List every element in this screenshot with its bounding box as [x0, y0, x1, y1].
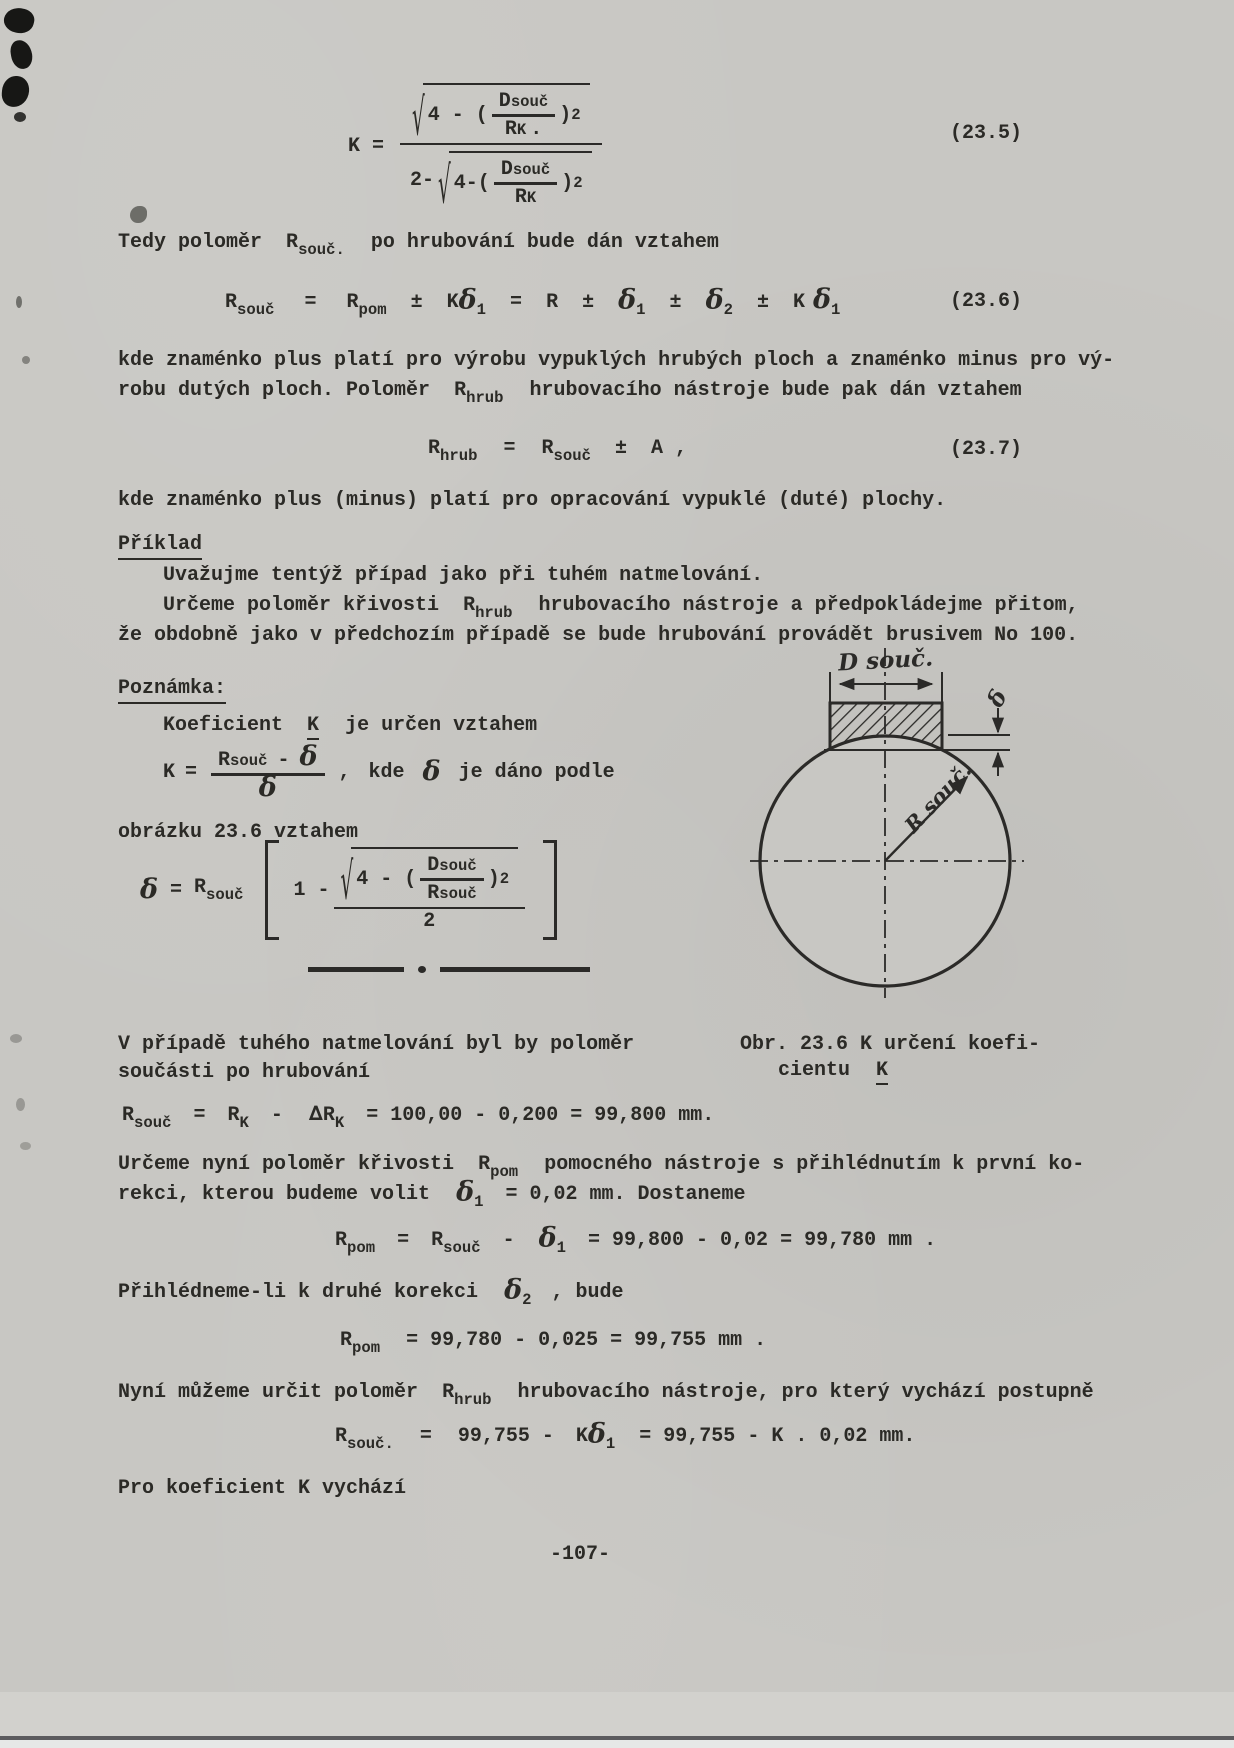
sub-1: 1 — [636, 301, 645, 319]
delta-symbol: δ — [618, 284, 636, 315]
sym-D: D — [501, 158, 513, 181]
bracketed-expression: 1 - √ 4 - ( Dsouč Rsouč — [265, 840, 557, 940]
text: = 0,02 mm. Dostaneme — [505, 1183, 745, 1206]
right-bracket — [543, 840, 557, 940]
sub-2: 2 — [724, 301, 733, 319]
r-hrub: Rhrub — [454, 379, 503, 402]
paragraph-tedy: Tedy poloměr Rsouč. po hrubování bude dá… — [118, 228, 719, 265]
sub-K: K — [240, 1114, 249, 1132]
sym-R: R — [194, 876, 206, 899]
inner-fraction: Dsouč RK. — [492, 89, 555, 142]
equation-numeric-4: Rsouč. = 99,755 - Kδ1 = 99,755 - K . 0,0… — [335, 1422, 915, 1459]
delta-1: δ1 — [539, 1229, 566, 1252]
sym-K-underlined: K — [307, 714, 319, 740]
text: Tedy poloměr — [118, 231, 262, 254]
sub-pom: pom — [359, 301, 387, 319]
page-number: -107- — [500, 1540, 660, 1570]
text: Určeme nyní poloměr křivosti — [118, 1153, 454, 1176]
sub-souc: souč — [513, 161, 550, 179]
equals-sign: = — [503, 437, 515, 460]
delta-2: δ2 — [706, 291, 733, 314]
sym-R: R — [505, 118, 517, 141]
exponent-2: 2 — [500, 870, 509, 888]
sym-K: K — [793, 291, 805, 314]
exponent-2: 2 — [571, 106, 580, 124]
scan-artifact — [1, 75, 31, 108]
sym-R: R — [225, 291, 237, 314]
sub-hrub: hrub — [466, 389, 503, 407]
sym-R: R — [427, 882, 439, 905]
sym-K: K — [447, 291, 459, 314]
sym-D: D — [499, 90, 511, 113]
sym-R: R — [478, 1153, 490, 1176]
delta-symbol: δ — [140, 879, 158, 901]
value-text: = 99,800 - 0,02 = 99,780 mm . — [588, 1229, 936, 1252]
text: po hrubování bude dán vztahem — [371, 231, 719, 254]
equals-sign: = — [170, 879, 182, 902]
sym-R: R — [431, 1229, 443, 1252]
text: Určeme poloměr křivosti — [163, 594, 439, 617]
sym-D: D — [427, 854, 439, 877]
close-paren: ) — [488, 868, 500, 891]
sym-K: K — [163, 761, 175, 784]
text: robu dutých ploch. Poloměr — [118, 379, 430, 402]
sub-souc: souč. — [347, 1435, 394, 1453]
value-text: = 99,755 - K . 0,02 mm. — [639, 1425, 915, 1448]
sqrt-denominator: √ 4-( Dsouč RK ) 2 — [438, 151, 592, 210]
scan-artifact — [22, 356, 30, 364]
figure-caption-line-2: cientu K — [778, 1056, 888, 1086]
minus-sign: - — [277, 749, 289, 772]
text: je určen vztahem — [345, 714, 537, 737]
r-hrub: Rhrub — [428, 437, 477, 460]
scan-artifact — [130, 206, 147, 223]
scan-artifact — [14, 112, 26, 122]
equals-sign: = — [304, 291, 316, 314]
radicand-text: 4-( — [454, 172, 490, 195]
delta-symbol: δ — [259, 777, 277, 799]
sub-souc: souč — [134, 1114, 171, 1132]
sym-R: R — [347, 291, 359, 314]
text: Koeficient — [163, 714, 283, 737]
paragraph-nyni: Nyní můžeme určit poloměr Rhrub hrubovac… — [118, 1378, 1094, 1415]
inner-fraction: Dsouč Rsouč — [420, 853, 483, 906]
r-souc: Rsouč — [225, 291, 274, 314]
sym-R: R — [428, 437, 440, 460]
equation-delta: δ = Rsouč 1 - √ 4 - ( Dsouč — [140, 840, 557, 940]
sym-R: R — [454, 379, 466, 402]
sub-1: 1 — [606, 1435, 615, 1453]
r-souc: Rsouč. — [335, 1425, 394, 1448]
sym-K: K — [576, 1425, 588, 1448]
fraction: Rsouč - δ δ — [211, 745, 324, 799]
equals-sign: = — [372, 135, 384, 158]
r-K: RK — [228, 1104, 249, 1127]
scanned-document-page: K = √ 4 - ( Dsouč RK. ) 2 — [0, 0, 1234, 1748]
scan-artifact — [16, 1098, 25, 1111]
text: rekci, kterou budeme volit — [118, 1183, 430, 1206]
sym-R: R — [122, 1104, 134, 1127]
r-pom: Rpom — [478, 1153, 518, 1176]
scan-bottom-strip — [0, 1740, 1234, 1748]
sym-R: R — [286, 231, 298, 254]
text: Přihlédneme-li k druhé korekci — [118, 1281, 478, 1304]
text: pomocného nástroje s přihlédnutím k prvn… — [544, 1153, 1084, 1176]
equals-sign: = — [397, 1229, 409, 1252]
paragraph-vpripade-2: součásti po hrubování — [118, 1058, 370, 1088]
r-hrub: Rhrub — [442, 1381, 491, 1404]
sub-souc: souč — [554, 447, 591, 465]
text: cientu — [778, 1059, 850, 1082]
sym-K: K — [348, 135, 360, 158]
sub-souc: souč. — [298, 241, 345, 259]
k-delta-1: Kδ1 — [447, 291, 486, 314]
equation-23-6: Rsouč = Rpom ± Kδ1 = R ± δ1 ± δ2 ± Kδ1 — [225, 288, 840, 325]
equation-number-23-5: (23.5) — [950, 122, 1022, 145]
fraction: √ 4 - ( Dsouč Rsouč ) 2 — [334, 846, 526, 934]
separator-bar — [440, 967, 590, 972]
stray-dot: . — [530, 118, 542, 141]
plus-minus: ± — [411, 291, 423, 314]
paragraph-urceme-2: rekci, kterou budeme volit δ1 = 0,02 mm.… — [118, 1180, 746, 1217]
exponent-2: 2 — [573, 174, 582, 192]
delta-symbol: δ — [456, 1176, 474, 1207]
delta-2: δ2 — [504, 1281, 531, 1304]
text: kde — [369, 761, 405, 784]
sym-A: A , — [651, 437, 687, 460]
sqrt-numerator: √ 4 - ( Dsouč RK. ) 2 — [412, 83, 590, 142]
equation-23-7: Rhrub = Rsouč ± A , — [428, 434, 687, 471]
delta-symbol: δ — [459, 284, 477, 315]
delta-symbol: δ — [504, 1274, 522, 1305]
sym-R: R — [323, 1104, 335, 1127]
delta-symbol: δ — [588, 1418, 606, 1449]
minus-sign: - — [271, 1104, 283, 1127]
scan-artifact — [20, 1142, 31, 1150]
sub-souc: souč — [511, 93, 548, 111]
paragraph-koeficient: Koeficient K je určen vztahem — [163, 711, 537, 741]
text: hrubovacího nástroje, pro který vychází … — [518, 1381, 1094, 1404]
equation-numeric-1: Rsouč = RK - ∆RK = 100,00 - 0,200 = 99,8… — [122, 1098, 714, 1138]
triangle-delta-icon: ∆ — [309, 1101, 323, 1125]
text: , bude — [551, 1281, 623, 1304]
minus-sign: - — [503, 1229, 515, 1252]
k-delta-1: Kδ1 — [793, 291, 840, 314]
label-D-souc: D souč. — [836, 645, 933, 677]
scan-artifact — [10, 1034, 22, 1043]
sub-pom: pom — [347, 1239, 375, 1257]
r-hrub: Rhrub — [463, 594, 512, 617]
sub-K: K — [335, 1114, 344, 1132]
value-text: 99,755 - — [458, 1425, 554, 1448]
delta-r-K: ∆RK — [309, 1104, 344, 1127]
radical-sign: √ — [412, 91, 425, 142]
close-paren: ) — [561, 172, 573, 195]
sub-K: K — [517, 121, 526, 139]
sub-K: K — [527, 189, 536, 207]
one-minus: 1 - — [293, 879, 329, 902]
sym-R: R — [335, 1425, 347, 1448]
sub-1: 1 — [557, 1239, 566, 1257]
text: Nyní můžeme určit poloměr — [118, 1381, 418, 1404]
plus-minus: ± — [757, 291, 769, 314]
equation-numeric-3: Rpom = 99,780 - 0,025 = 99,755 mm . — [340, 1326, 766, 1363]
sub-souc: souč — [443, 1239, 480, 1257]
r-souc: Rsouč — [122, 1104, 171, 1127]
text: hrubovacího nástroje bude pak dán vztahe… — [530, 379, 1022, 402]
separator-dot — [418, 966, 426, 973]
equation-numeric-2: Rpom = Rsouč - δ1 = 99,800 - 0,02 = 99,7… — [335, 1226, 936, 1263]
equals-sign: = — [193, 1104, 205, 1127]
sub-1: 1 — [831, 301, 840, 319]
radicand-text: 4 - ( — [356, 868, 416, 891]
delta-symbol: δ — [813, 284, 831, 315]
left-bracket — [265, 840, 279, 940]
sub-souc: souč — [237, 301, 274, 319]
sub-souc: souč — [439, 857, 476, 875]
main-fraction: √ 4 - ( Dsouč RK. ) 2 2- — [400, 82, 602, 212]
delta-symbol: δ — [300, 746, 318, 768]
radical-sign: √ — [341, 855, 354, 906]
paragraph-prihledneme: Přihlédneme-li k druhé korekci δ2 , bude — [118, 1278, 623, 1315]
r-pom: Rpom — [347, 291, 387, 314]
delta-symbol: δ — [539, 1222, 557, 1253]
sym-R: R — [442, 1381, 454, 1404]
equation-number-23-7: (23.7) — [950, 438, 1022, 461]
sym-R: R — [218, 749, 230, 772]
delta-symbol: δ — [706, 284, 724, 315]
equals-sign: = — [510, 291, 522, 314]
plus-minus: ± — [670, 291, 682, 314]
sym-R: R — [515, 186, 527, 209]
section-separator — [308, 966, 590, 973]
heading-poznamka: Poznámka: — [118, 674, 226, 704]
sub-pom: pom — [352, 1339, 380, 1357]
sub-souc: souč — [439, 885, 476, 903]
sym-K-underlined: K — [876, 1059, 888, 1085]
equation-23-5: K = √ 4 - ( Dsouč RK. ) 2 — [348, 82, 606, 212]
sym-R: R — [463, 594, 475, 617]
paragraph-kde-2: kde znaménko plus (minus) platí pro opra… — [118, 486, 946, 516]
sub-1: 1 — [474, 1193, 483, 1211]
sub-souc: souč — [230, 752, 267, 770]
r-souc: Rsouč — [542, 437, 591, 460]
radicand-text: 4 - ( — [428, 104, 488, 127]
separator-bar — [308, 967, 404, 972]
value-text: = 99,780 - 0,025 = 99,755 mm . — [406, 1329, 766, 1352]
two-minus: 2- — [410, 169, 434, 192]
sym-2: 2 — [423, 910, 435, 933]
paragraph-kde-1a: kde znaménko plus platí pro výrobu vypuk… — [118, 346, 1114, 376]
sqrt: √ 4 - ( Dsouč Rsouč ) 2 — [341, 847, 519, 906]
r-souc: Rsouč. — [286, 231, 345, 254]
k-delta-1: Kδ1 — [576, 1425, 615, 1448]
close-paren: ) — [559, 104, 571, 127]
sym-R: R — [340, 1329, 352, 1352]
sym-R: R — [228, 1104, 240, 1127]
sub-hrub: hrub — [454, 1391, 491, 1409]
delta-1: δ1 — [456, 1183, 483, 1206]
r-pom: Rpom — [335, 1229, 375, 1252]
equals-sign: = — [420, 1425, 432, 1448]
r-souc: Rsouč — [431, 1229, 480, 1252]
equation-k-coefficient: K = Rsouč - δ δ , kde δ je dáno podle — [163, 745, 615, 799]
scan-artifact — [1, 5, 36, 37]
paragraph-kde-1b: robu dutých ploch. Poloměr Rhrub hrubova… — [118, 376, 1022, 413]
equation-number-23-6: (23.6) — [950, 290, 1022, 313]
value-text: = 100,00 - 0,200 = 99,800 mm. — [366, 1104, 714, 1127]
paragraph-vpripade-1: V případě tuhého natmelování byl by polo… — [118, 1030, 634, 1060]
heading-text: Poznámka: — [118, 677, 226, 704]
r-souc: Rsouč — [194, 876, 243, 904]
sub-1: 1 — [477, 301, 486, 319]
radical-sign: √ — [438, 159, 451, 210]
heading-text: Příklad — [118, 533, 202, 560]
heading-priklad: Příklad — [118, 530, 202, 560]
scan-artifact — [9, 39, 34, 71]
paragraph-pro-koeficient: Pro koeficient K vychází — [118, 1474, 406, 1504]
sub-souc: souč — [206, 886, 243, 904]
text: je dáno podle — [459, 761, 615, 784]
inner-fraction: Dsouč RK — [494, 157, 557, 210]
sym-R: R — [335, 1229, 347, 1252]
delta-symbol: δ — [423, 761, 441, 783]
equals-sign: = — [185, 761, 197, 784]
delta-1: δ1 — [618, 291, 645, 314]
plus-minus: ± — [615, 437, 627, 460]
sym-R: R — [542, 437, 554, 460]
sub-pom: pom — [490, 1163, 518, 1181]
r-pom: Rpom — [340, 1329, 380, 1352]
figure-23-6: D souč. δ R souč. — [600, 578, 1100, 1040]
text: , — [339, 761, 351, 784]
sym-R: R — [546, 291, 558, 314]
scan-artifact — [16, 296, 22, 308]
sub-2: 2 — [522, 1291, 531, 1309]
plus-minus: ± — [582, 291, 594, 314]
sub-hrub: hrub — [475, 604, 512, 622]
sub-hrub: hrub — [440, 447, 477, 465]
